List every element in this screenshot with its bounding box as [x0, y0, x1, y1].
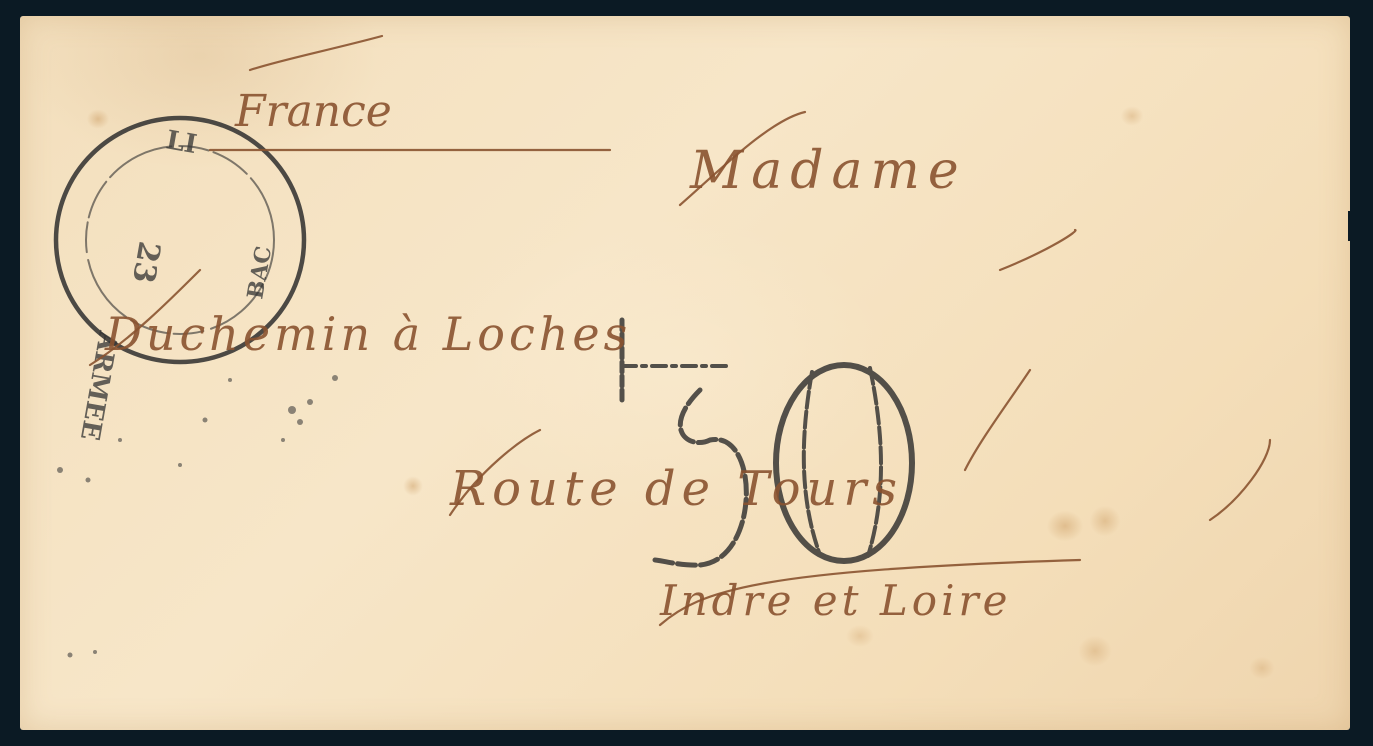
svg-text:BAC: BAC — [242, 244, 277, 301]
svg-text:30: 30 — [0, 0, 2, 1]
svg-text:23: 23 — [125, 239, 167, 286]
svg-text:Duchemin à Loches: Duchemin à Loches — [104, 307, 631, 361]
cover-markings: LI BAC ARMEE 23 France Madame Duchemin à — [0, 0, 1373, 746]
svg-text:Indre et Loire: Indre et Loire — [659, 576, 1011, 625]
tax-handstamp-value: 30 — [0, 0, 2, 1]
svg-text:France: France — [234, 86, 392, 137]
svg-text:Route de Tours: Route de Tours — [449, 461, 903, 517]
tax-handstamp — [622, 320, 912, 565]
svg-text:Madame: Madame — [689, 141, 967, 201]
svg-text:LI: LI — [164, 125, 199, 160]
